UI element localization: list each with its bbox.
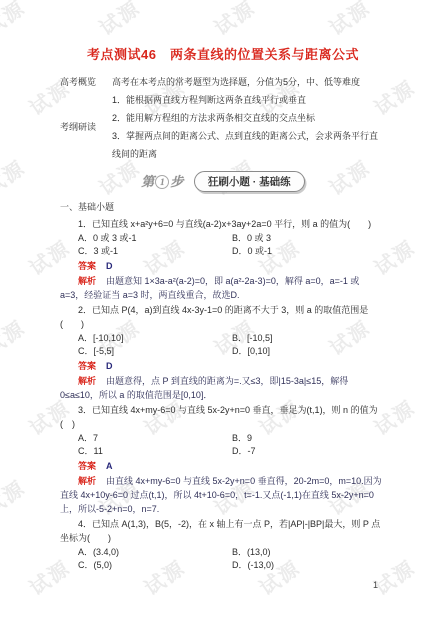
analysis-text: 由题意知 1×3a-a²(a-2)=0，即 a(a²-2a-3)=0，解得 a=… [60,276,359,300]
option-a: A．0 或 3 或-1 [78,232,232,245]
option-c: C．(5,0) [78,559,232,572]
answer-line: 答案D [60,359,386,373]
answer-line: 答案A [60,459,386,473]
question-stem: 4．已知点 A(1,3)，B(5，-2)，在 x 轴上有一点 P，若|AP|-|… [60,517,386,545]
answer-value: A [106,461,113,471]
answer-label: 答案 [78,361,96,371]
page-title: 考点测试46 两条直线的位置关系与距离公式 [60,44,386,63]
option-b: B．9 [232,432,386,445]
analysis-text: 由题意得，点 P 到直线的距离为=.又≤3，即|15-3a|≤15，解得 0≤a… [60,376,348,400]
option-c: C．[-5,5] [78,345,232,358]
question-stem: 3．已知直线 4x+my-6=0 与直线 5x-2y+n=0 垂直，垂足为(t,… [60,403,386,431]
option-a: A．7 [78,432,232,445]
option-d: D．(-13,0) [232,559,386,572]
overview-text: 高考在本考点的常考题型为选择题，分值为5分，中、低等难度 [112,73,386,91]
option-d: D．0 或-1 [232,245,386,258]
syllabus-item: 2．能用解方程组的方法求两条相交直线的交点坐标 [112,109,386,127]
syllabus-row: 考纲研读 1．能根据两直线方程判断这两条直线平行或垂直 2．能用解方程组的方法求… [60,91,386,163]
exam-info-table: 高考概览 高考在本考点的常考题型为选择题，分值为5分，中、低等难度 考纲研读 1… [60,73,386,163]
syllabus-label: 考纲研读 [60,118,112,136]
question-stem: 2．已知点 P(4，a)到直线 4x-3y-1=0 的距离不大于 3，则 a 的… [60,303,386,331]
option-b: B．(13,0) [232,546,386,559]
question-block-4: 4．已知点 A(1,3)，B(5，-2)，在 x 轴上有一点 P，若|AP|-|… [60,517,386,572]
analysis-label: 解析 [78,376,96,386]
question-block-1: 1．已知直线 x+a²y+6=0 与直线(a-2)x+3ay+2a=0 平行，则… [60,217,386,302]
step-number: 1 [155,175,169,189]
answer-value: D [106,361,113,371]
overview-row: 高考概览 高考在本考点的常考题型为选择题，分值为5分，中、低等难度 [60,73,386,91]
syllabus-list: 1．能根据两直线方程判断这两条直线平行或垂直 2．能用解方程组的方法求两条相交直… [112,91,386,163]
step-label: 第1步 [141,171,183,190]
answer-label: 答案 [78,261,96,271]
option-b: B．0 或 3 [232,232,386,245]
option-b: B．[-10,5] [232,332,386,345]
step-suffix: 步 [170,174,183,189]
answer-line: 答案D [60,259,386,273]
document-body: 考点测试46 两条直线的位置关系与距离公式 高考概览 高考在本考点的常考题型为选… [0,0,440,572]
analysis-text: 由直线 4x+my-6=0 与直线 5x-2y+n=0 垂直得，20-2m=0，… [60,476,382,514]
analysis: 解析由题意知 1×3a-a²(a-2)=0，即 a(a²-2a-3)=0，解得 … [60,274,386,302]
options-grid: A．0 或 3 或-1 B．0 或 3 C．3 或-1 D．0 或-1 [60,232,386,258]
option-c: C．3 或-1 [78,245,232,258]
answer-value: D [106,261,113,271]
question-block-2: 2．已知点 P(4，a)到直线 4x-3y-1=0 的距离不大于 3，则 a 的… [60,303,386,402]
document-page: 试源试源试源试源试源试源试源试源试源试源试源试源试源试源试源试源试源试源试源试源… [0,0,440,620]
question-stem: 1．已知直线 x+a²y+6=0 与直线(a-2)x+3ay+2a=0 平行，则… [60,217,386,231]
section-badge: 狂刷小题 · 基础练 [194,171,305,192]
analysis: 解析由直线 4x+my-6=0 与直线 5x-2y+n=0 垂直得，20-2m=… [60,474,386,516]
options-grid: A．[-10,10] B．[-10,5] C．[-5,5] D．[0,10] [60,332,386,358]
option-d: D．[0,10] [232,345,386,358]
overview-label: 高考概览 [60,73,112,91]
options-grid: A．(3.4,0) B．(13,0) C．(5,0) D．(-13,0) [60,546,386,572]
syllabus-item: 3．掌握两点间的距离公式、点到直线的距离公式，会求两条平行直线间的距离 [112,127,386,163]
question-block-3: 3．已知直线 4x+my-6=0 与直线 5x-2y+n=0 垂直，垂足为(t,… [60,403,386,516]
subsection-title: 一、基础小题 [60,200,386,214]
page-number: 1 [373,580,378,590]
options-grid: A．7 B．9 C．11 D．-7 [60,432,386,458]
answer-label: 答案 [78,461,96,471]
analysis-label: 解析 [78,476,96,486]
option-a: A．[-10,10] [78,332,232,345]
option-a: A．(3.4,0) [78,546,232,559]
analysis: 解析由题意得，点 P 到直线的距离为=.又≤3，即|15-3a|≤15，解得 0… [60,374,386,402]
analysis-label: 解析 [78,276,96,286]
step-prefix: 第 [141,174,154,189]
option-c: C．11 [78,445,232,458]
section-header: 第1步 狂刷小题 · 基础练 [60,171,386,192]
syllabus-item: 1．能根据两直线方程判断这两条直线平行或垂直 [112,91,386,109]
option-d: D．-7 [232,445,386,458]
